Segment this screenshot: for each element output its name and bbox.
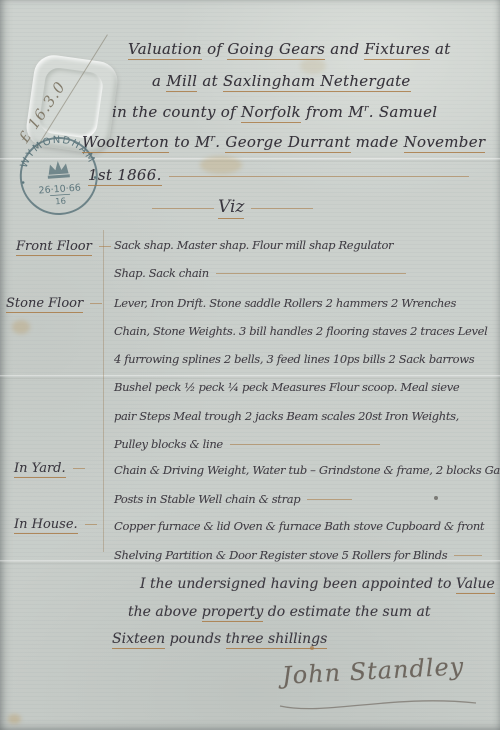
text-segment: Front Floor [16, 239, 92, 256]
row-content: 4 furrowing splines 2 bells, 3 feed line… [114, 352, 474, 366]
ink-rule [230, 442, 380, 445]
ink-rule [99, 244, 111, 247]
signature-flourish-stroke [280, 701, 476, 709]
text-segment: Sack shap. Master shap. Flour mill shap … [114, 238, 393, 252]
text-segment: George Durrant [225, 133, 350, 153]
signature-flourish [276, 690, 481, 722]
text-segment: Pulley blocks & line [114, 437, 223, 451]
text-segment: Saxlingham Nethergate [223, 72, 411, 92]
document-page: £ 16.3.0 WYMONDHAM 26·10·66 16 Valuation… [0, 0, 500, 730]
text-segment: Chain & Driving Weight, Water tub – Grin… [114, 463, 500, 477]
text-segment: 4 furrowing splines 2 bells, 3 feed line… [114, 352, 474, 366]
text-segment: Mill [166, 72, 197, 92]
row-content: pair Steps Meal trough 2 jacks Beam scal… [114, 409, 459, 423]
ink-rule [90, 301, 102, 304]
text-segment: Sixteen [112, 631, 165, 649]
ink-rule [152, 206, 214, 209]
ink-rule [251, 206, 313, 209]
ink-rule [454, 553, 482, 556]
row-content: Chain & Driving Weight, Water tub – Grin… [114, 463, 500, 477]
text-segment: In House. [14, 517, 78, 534]
closing-line-2: the above property do estimate the sum a… [128, 604, 430, 620]
text-segment: at [430, 40, 451, 58]
postmark-code: 16 [55, 197, 66, 208]
closing-line-3: Sixteen pounds three shillings [112, 631, 327, 647]
text-segment: 1st 1866. [88, 166, 162, 186]
row-content: Shelving Partition & Door Register stove… [114, 548, 486, 562]
text-segment: Chain, Stone Weights. 3 bill handles 2 f… [114, 324, 487, 338]
text-segment: at [197, 72, 223, 90]
text-segment: in the county of [112, 103, 241, 121]
text-segment: to M [169, 133, 210, 151]
stain [8, 714, 21, 724]
text-segment: Norfolk [241, 103, 301, 123]
text-segment: Stone Floor [6, 296, 83, 313]
text-segment: . [215, 133, 225, 151]
ink-rule [85, 522, 97, 525]
closing-line-1: I the undersigned having been appointed … [140, 576, 495, 592]
row-content: Bushel peck ½ peck ¼ peck Measures Flour… [114, 380, 459, 394]
heading-line-1: Valuation of Going Gears and Fixtures at [128, 40, 451, 58]
text-segment: Going Gears [227, 40, 325, 60]
text-segment: do estimate the sum at [263, 604, 430, 620]
text-segment: Copper furnace & lid Oven & furnace Bath… [114, 519, 484, 533]
text-segment: Fixtures [364, 40, 430, 60]
row-label-front-floor: Front Floor [16, 239, 115, 254]
row-content: Pulley blocks & line [114, 437, 384, 451]
text-segment: of [202, 40, 227, 58]
text-segment: In Yard. [14, 461, 66, 478]
ink-rule [307, 497, 352, 500]
text-segment: pounds [165, 631, 225, 647]
row-label-in-yard: In Yard. [14, 461, 89, 476]
text-segment: and [325, 40, 364, 58]
text-segment: Lever, Iron Drift. Stone saddle Rollers … [114, 296, 456, 310]
ink-speck [434, 496, 438, 500]
text-segment: Viz [218, 197, 244, 219]
row-label-in-house: In House. [14, 517, 101, 532]
row-content: Lever, Iron Drift. Stone saddle Rollers … [114, 296, 456, 310]
text-segment: . Samuel [369, 103, 438, 121]
text-segment: November [404, 133, 486, 153]
text-segment: Shelving Partition & Door Register stove… [114, 548, 447, 562]
row-content: Copper furnace & lid Oven & furnace Bath… [114, 519, 484, 533]
viz-heading: Viz [145, 197, 317, 217]
text-segment: Bushel peck ½ peck ¼ peck Measures Flour… [114, 380, 459, 394]
row-content: Posts in Stable Well chain & strap [114, 492, 356, 506]
postmark-date: 26·10·66 [38, 183, 81, 197]
heading-line-4: Woolterton to Mr. George Durrant made No… [82, 133, 485, 151]
paper-crease [0, 375, 500, 379]
crown-icon [47, 160, 70, 178]
text-segment: from M [301, 103, 364, 121]
text-segment: three shillings [226, 631, 328, 649]
row-content: Chain, Stone Weights. 3 bill handles 2 f… [114, 324, 487, 338]
row-content: Sack shap. Master shap. Flour mill shap … [114, 238, 393, 252]
text-segment: the above [128, 604, 202, 620]
text-segment: Woolterton [82, 133, 169, 153]
ink-rule [216, 271, 406, 274]
row-content: Shap. Sack chain [114, 266, 410, 280]
stain [12, 320, 30, 334]
row-label-stone-floor: Stone Floor [6, 296, 106, 311]
text-segment: pair Steps Meal trough 2 jacks Beam scal… [114, 409, 459, 423]
text-segment: made [351, 133, 404, 151]
heading-line-2: a Mill at Saxlingham Nethergate [152, 72, 411, 90]
text-segment: a [152, 72, 166, 90]
text-segment: Valuation [128, 40, 202, 60]
text-segment: Value [456, 576, 495, 594]
column-rule [103, 230, 104, 552]
ink-rule [73, 466, 85, 469]
signature: John Standley [281, 652, 464, 690]
heading-line-5: 1st 1866. [88, 166, 473, 184]
text-segment: property [202, 604, 264, 622]
ink-rule [169, 174, 469, 177]
text-segment: I the undersigned having been appointed … [140, 576, 456, 592]
heading-line-3: in the county of Norfolk from Mr. Samuel [112, 103, 437, 121]
text-segment: Posts in Stable Well chain & strap [114, 492, 300, 506]
text-segment: Shap. Sack chain [114, 266, 209, 280]
